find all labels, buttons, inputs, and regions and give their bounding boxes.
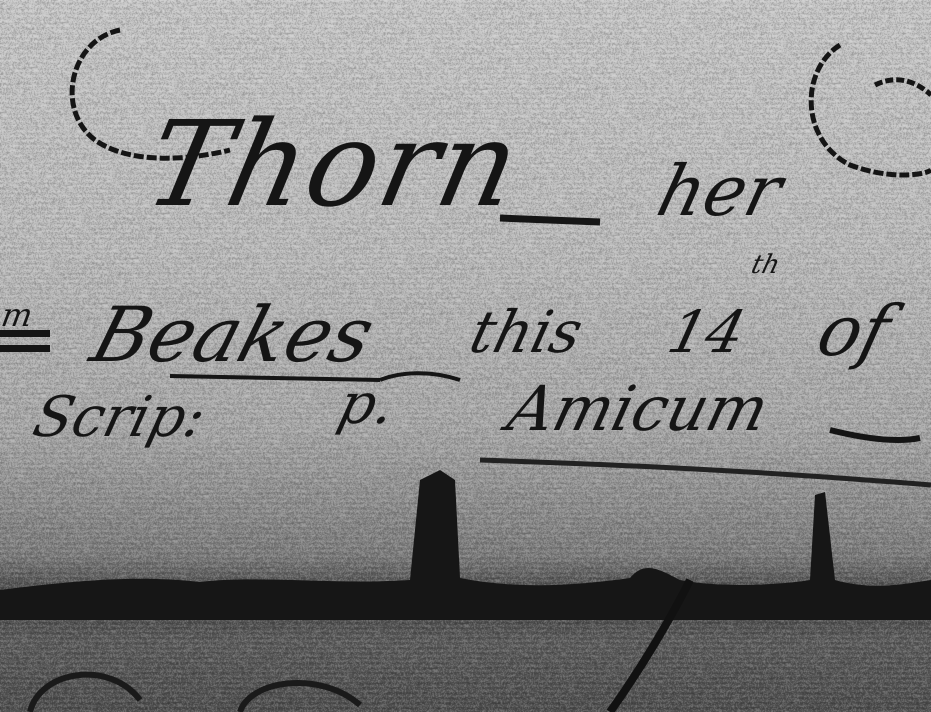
word-amicum: Amicum (501, 372, 776, 445)
word-thorn: Thorn (135, 95, 532, 233)
word-scrip: Scrip: (27, 385, 212, 450)
word-this: this (464, 298, 590, 366)
word-beakes: Beakes (82, 290, 384, 379)
manuscript-photo: m Thorn her th Beakes this 14 of Scrip: … (0, 0, 931, 712)
word-her: her (650, 150, 790, 232)
